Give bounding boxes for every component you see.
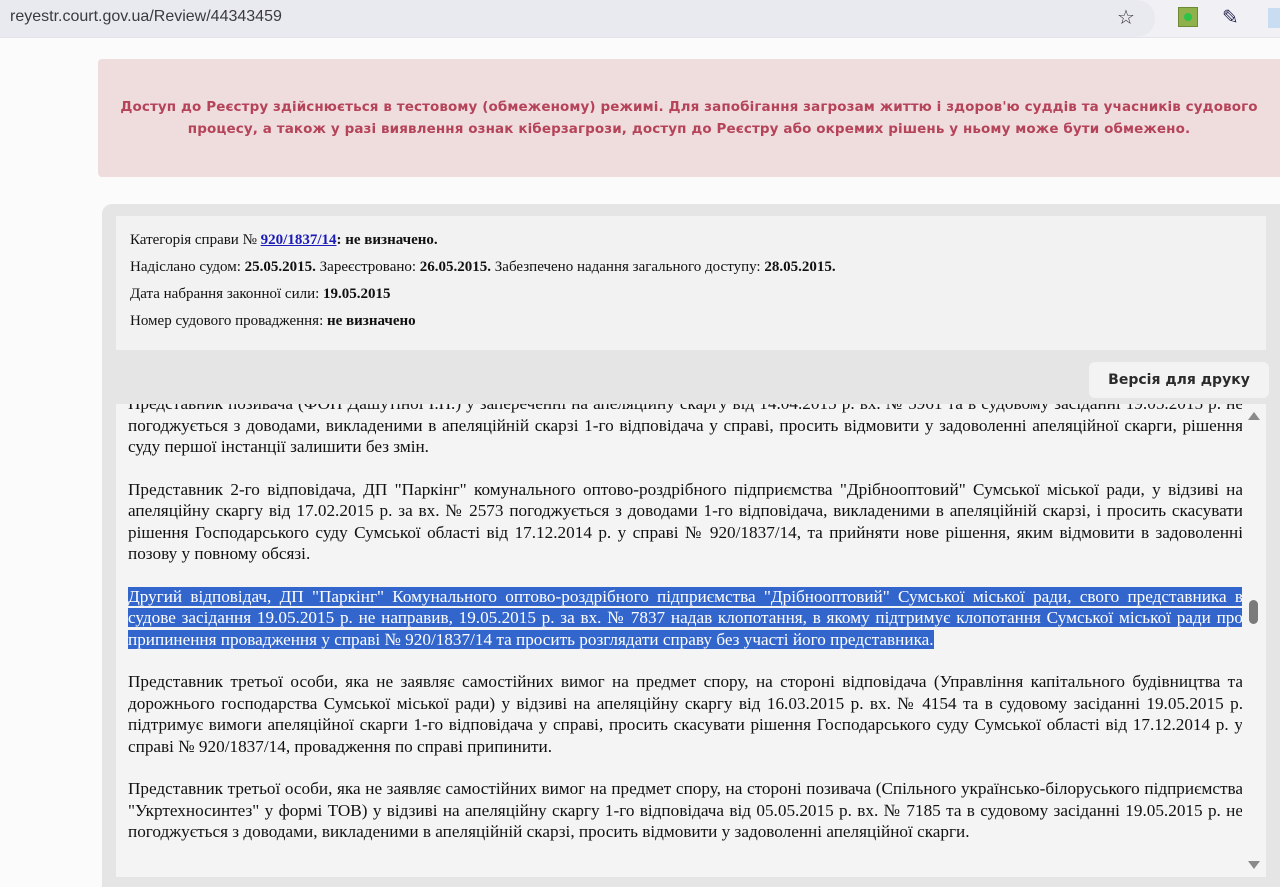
legal-force-line: Дата набрання законної сили: 19.05.2015 [130,286,391,303]
paragraph: Представник третьої особи, яка не заявля… [128,778,1243,843]
proceeding-value: не визначено [327,313,416,329]
extension-icon-partial[interactable] [1268,8,1280,28]
case-metadata: Категорія справи № 920/1837/14: не визна… [116,216,1266,350]
document-body: Представник позивача (ФОП Дашутіної І.П.… [128,404,1243,864]
paragraph: Представник 2-го відповідача, ДП "Паркін… [128,479,1243,565]
url-text[interactable]: reyestr.court.gov.ua/Review/44343459 [10,8,282,26]
access-warning-banner: Доступ до Реєстру здійснюється в тестово… [98,59,1280,177]
category-label: Категорія справи № [130,232,257,248]
browser-toolbar: reyestr.court.gov.ua/Review/44343459 ☆ ✎ [0,0,1280,38]
vertical-scrollbar[interactable] [1242,404,1266,877]
public-access-label: Забезпечено надання загального доступу: [495,259,761,275]
category-value: : не визначено. [337,232,438,248]
selected-paragraph: Другий відповідач, ДП "Паркінг" Комуналь… [128,586,1243,651]
bookmark-star-icon[interactable]: ☆ [1117,5,1135,29]
sent-label: Надіслано судом: [130,259,241,275]
document-panel: Категорія справи № 920/1837/14: не визна… [102,204,1280,887]
address-bar[interactable]: reyestr.court.gov.ua/Review/44343459 ☆ [0,0,1155,37]
text-selection: Другий відповідач, ДП "Паркінг" Комуналь… [128,587,1243,649]
case-category-line: Категорія справи № 920/1837/14: не визна… [130,232,438,249]
registered-label: Зареєстровано: [320,259,416,275]
print-version-button[interactable]: Версія для друку [1089,362,1269,398]
legal-force-date: 19.05.2015 [323,286,391,302]
public-access-date: 28.05.2015. [764,259,835,275]
proceeding-label: Номер судового провадження: [130,313,323,329]
sent-date: 25.05.2015. [245,259,316,275]
legal-force-label: Дата набрання законної сили: [130,286,319,302]
scroll-up-arrow-icon[interactable] [1248,412,1260,420]
dates-line: Надіслано судом: 25.05.2015. Зареєстрова… [130,259,836,276]
scroll-thumb[interactable] [1249,600,1258,624]
paragraph: Представник третьої особи, яка не заявля… [128,671,1243,757]
extension-icon[interactable] [1178,7,1198,27]
scroll-down-arrow-icon[interactable] [1248,861,1260,869]
document-text-frame[interactable]: Представник позивача (ФОП Дашутіної І.П.… [116,404,1266,877]
registered-date: 26.05.2015. [420,259,491,275]
banner-text: Доступ до Реєстру здійснюється в тестово… [114,96,1264,140]
eyedropper-icon[interactable]: ✎ [1222,5,1239,29]
paragraph: Представник позивача (ФОП Дашутіної І.П.… [128,404,1243,458]
case-number-link[interactable]: 920/1837/14 [261,232,337,248]
proceeding-line: Номер судового провадження: не визначено [130,313,416,330]
